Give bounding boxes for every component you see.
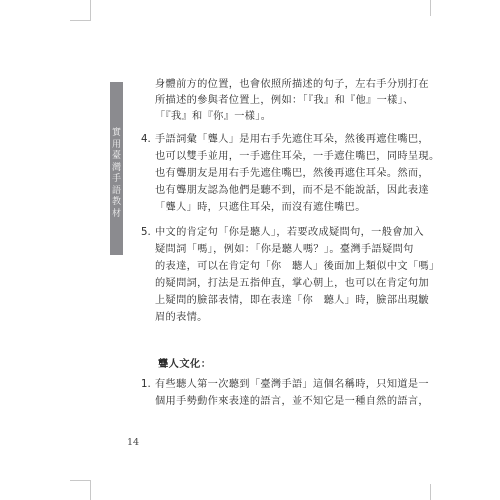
intro-line: 「『我』和『你』一樣」。 [155,111,271,123]
list-item-line: 也有聾朋友是用右手先遮住嘴巴，然後再遮住耳朵。然而， [155,168,429,180]
section-heading: 聾人文化： [158,359,211,371]
list-item-line: 的表達，可以在肯定句「你 聽人」後面加上類似中文「嗎」 [155,261,440,273]
list-item-line: 也可以雙手並用，一手遮住耳朵，一手遮住嘴巴，同時呈現。 [155,151,440,163]
intro-line: 所描述的參與者位置上，例如：「『我』和『他』一樣」、 [155,95,414,107]
list-item-number: 4. [141,134,151,146]
book-title-side-tab: 實 用 臺 灣 手 語 教 材 [110,82,123,255]
list-item-line: 手語詞彙「聾人」是用右手先遮住耳朵，然後再遮住嘴巴， [155,134,429,146]
side-tab-char: 手 [112,174,121,186]
side-tab-char: 實 [112,128,121,140]
side-tab-char: 教 [112,197,121,209]
list-item-line: 疑問詞「嗎」，例如：「你是聽人嗎？」。臺灣手語疑問句 [155,244,414,256]
side-tab-char: 灣 [112,163,121,175]
crop-mark-bottom-left-horizontal [70,480,91,481]
side-tab-char: 語 [112,186,121,198]
crop-mark-bottom-left-vertical [90,480,91,500]
list-item-line: 眉的表情。 [155,312,208,324]
list-item-line: 「聾人」時，只遮住耳朵，而沒有遮住嘴巴。 [155,202,366,214]
page-number: 14 [127,437,139,448]
crop-mark-top-left-vertical [90,0,91,20]
list-item-number: 1. [141,379,151,391]
side-tab-char: 臺 [112,151,121,163]
crop-mark-bottom-right-vertical [430,484,431,500]
list-item-line: 個用手勢動作來表達的語言，並不知它是一種自然的語言， [155,396,429,408]
crop-mark-top-left-horizontal [70,20,91,21]
side-tab-char: 用 [112,140,121,152]
side-tab-char: 材 [112,209,121,221]
intro-line: 身體前方的位置，也會依照所描述的句子，左右手分別打在 [155,79,429,91]
list-item-number: 5. [141,227,151,239]
list-item-line: 上疑問的臉部表情，即在表達「你 聽人」時，臉部出現皺 [155,295,429,307]
list-item-line: 也有聾朋友認為他們是聽不到，而不是不能說話，因此表達 [155,185,429,197]
list-item-line: 有些聽人第一次聽到「臺灣手語」這個名稱時，只知道是一 [155,379,429,391]
crop-mark-top-right-vertical [430,0,431,16]
list-item-line: 的疑問詞，打法是五指伸直，掌心朝上，也可以在肯定句加 [155,278,429,290]
list-item-line: 中文的肯定句「你是聽人」，若要改成疑問句，一般會加入 [155,227,424,239]
